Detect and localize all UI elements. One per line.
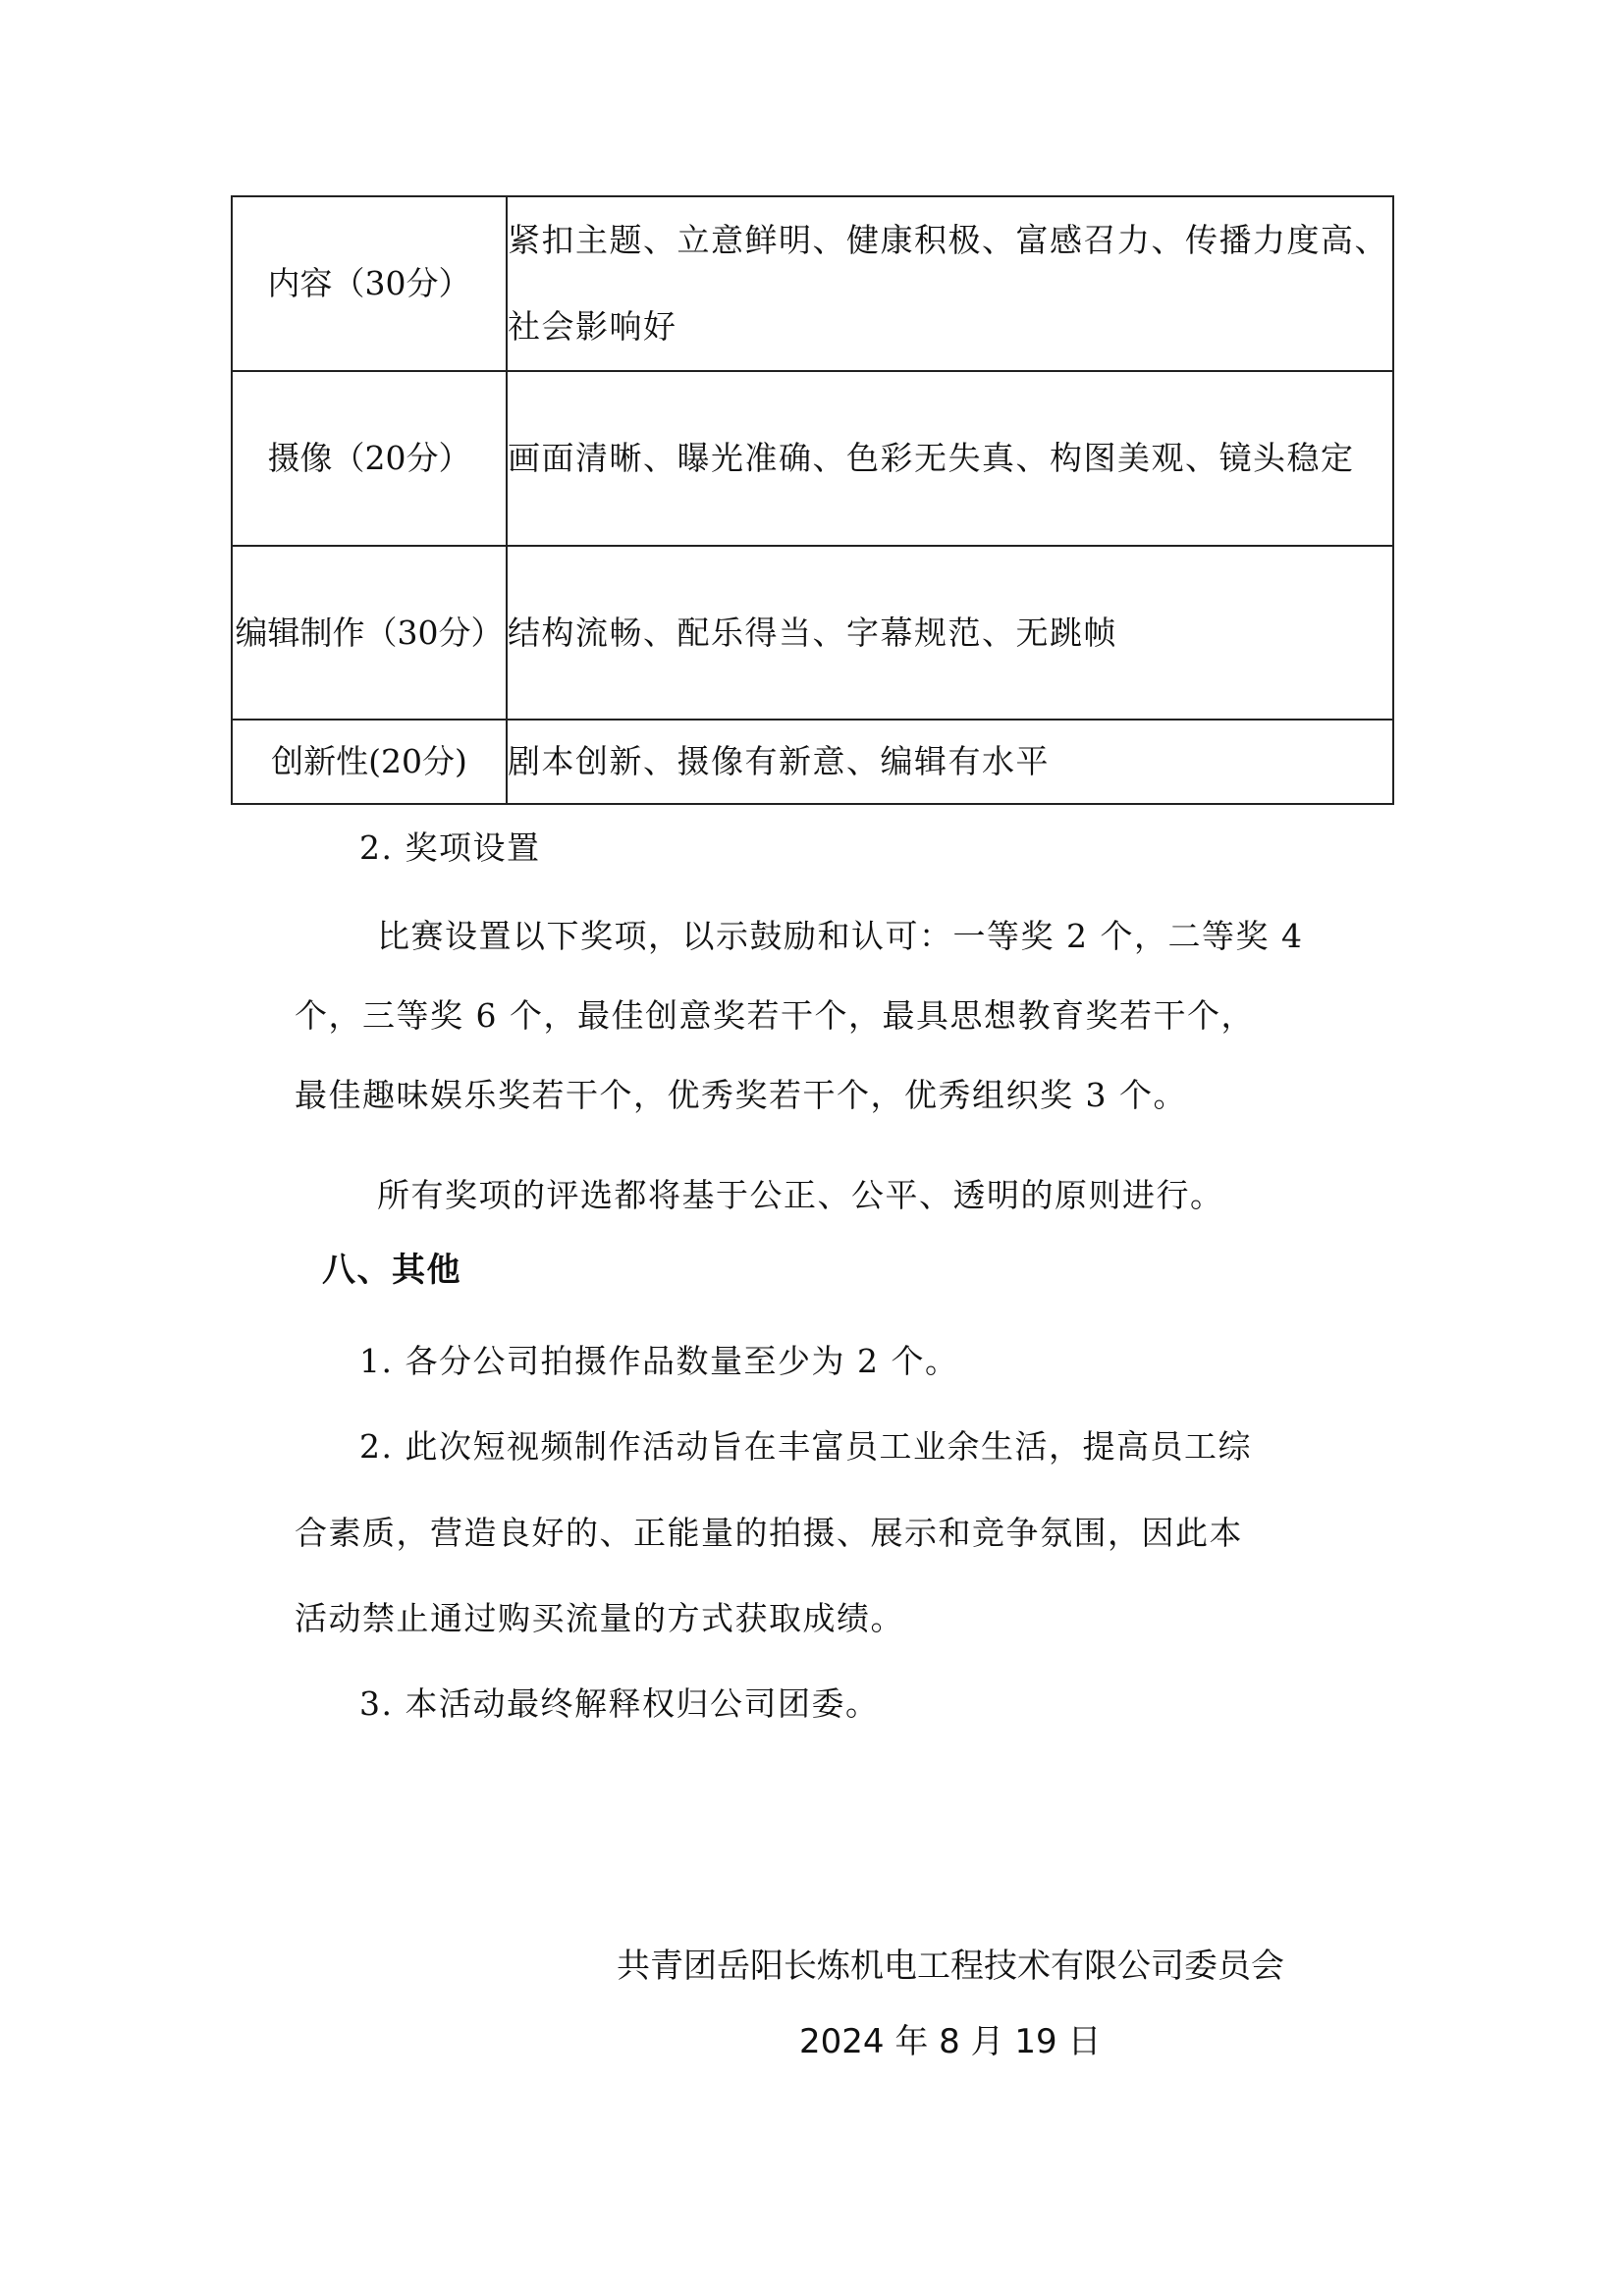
awards-principle: 所有奖项的评选都将基于公正、公平、透明的原则进行。 bbox=[377, 1174, 1224, 1217]
signature-organization: 共青团岳阳长炼机电工程技术有限公司委员会 bbox=[617, 1939, 1284, 1987]
table-row: 创新性(20分) 剧本创新、摄像有新意、编辑有水平 bbox=[232, 720, 1393, 804]
criterion-description: 剧本创新、摄像有新意、编辑有水平 bbox=[507, 720, 1393, 804]
list-item: 2. 此次短视频制作活动旨在丰富员工业余生活，提高员工综 bbox=[359, 1425, 1252, 1468]
table-row: 摄像（20分） 画面清晰、曝光准确、色彩无失真、构图美观、镜头稳定 bbox=[232, 371, 1393, 546]
list-item: 1. 各分公司拍摄作品数量至少为 2 个。 bbox=[359, 1340, 958, 1383]
criterion-name: 内容（30分） bbox=[232, 196, 507, 371]
awards-paragraph-line: 最佳趣味娱乐奖若干个，优秀奖若干个，优秀组织奖 3 个。 bbox=[295, 1074, 1187, 1117]
table-row: 编辑制作（30分） 结构流畅、配乐得当、字幕规范、无跳帧 bbox=[232, 546, 1393, 720]
criterion-description: 紧扣主题、立意鲜明、健康积极、富感召力、传播力度高、社会影响好 bbox=[507, 196, 1393, 371]
list-item-continuation: 合素质，营造良好的、正能量的拍摄、展示和竞争氛围，因此本 bbox=[295, 1512, 1243, 1555]
awards-heading: 2. 奖项设置 bbox=[359, 827, 540, 870]
scoring-criteria-table: 内容（30分） 紧扣主题、立意鲜明、健康积极、富感召力、传播力度高、社会影响好 … bbox=[231, 195, 1394, 805]
criterion-name: 创新性(20分) bbox=[232, 720, 507, 804]
signature-date: 2024 年 8 月 19 日 bbox=[799, 2014, 1101, 2062]
awards-paragraph-line: 个，三等奖 6 个，最佳创意奖若干个，最具思想教育奖若干个， bbox=[295, 994, 1255, 1038]
table-row: 内容（30分） 紧扣主题、立意鲜明、健康积极、富感召力、传播力度高、社会影响好 bbox=[232, 196, 1393, 371]
section-heading: 八、其他 bbox=[322, 1249, 461, 1292]
list-item-continuation: 活动禁止通过购买流量的方式获取成绩。 bbox=[295, 1597, 904, 1640]
criterion-description: 画面清晰、曝光准确、色彩无失真、构图美观、镜头稳定 bbox=[507, 371, 1393, 546]
criterion-name: 摄像（20分） bbox=[232, 371, 507, 546]
list-item: 3. 本活动最终解释权归公司团委。 bbox=[359, 1682, 879, 1726]
criterion-description: 结构流畅、配乐得当、字幕规范、无跳帧 bbox=[507, 546, 1393, 720]
criterion-name: 编辑制作（30分） bbox=[232, 546, 507, 720]
document-page: 内容（30分） 紧扣主题、立意鲜明、健康积极、富感召力、传播力度高、社会影响好 … bbox=[0, 0, 1624, 2296]
awards-paragraph-line: 比赛设置以下奖项，以示鼓励和认可：一等奖 2 个，二等奖 4 bbox=[377, 915, 1303, 958]
